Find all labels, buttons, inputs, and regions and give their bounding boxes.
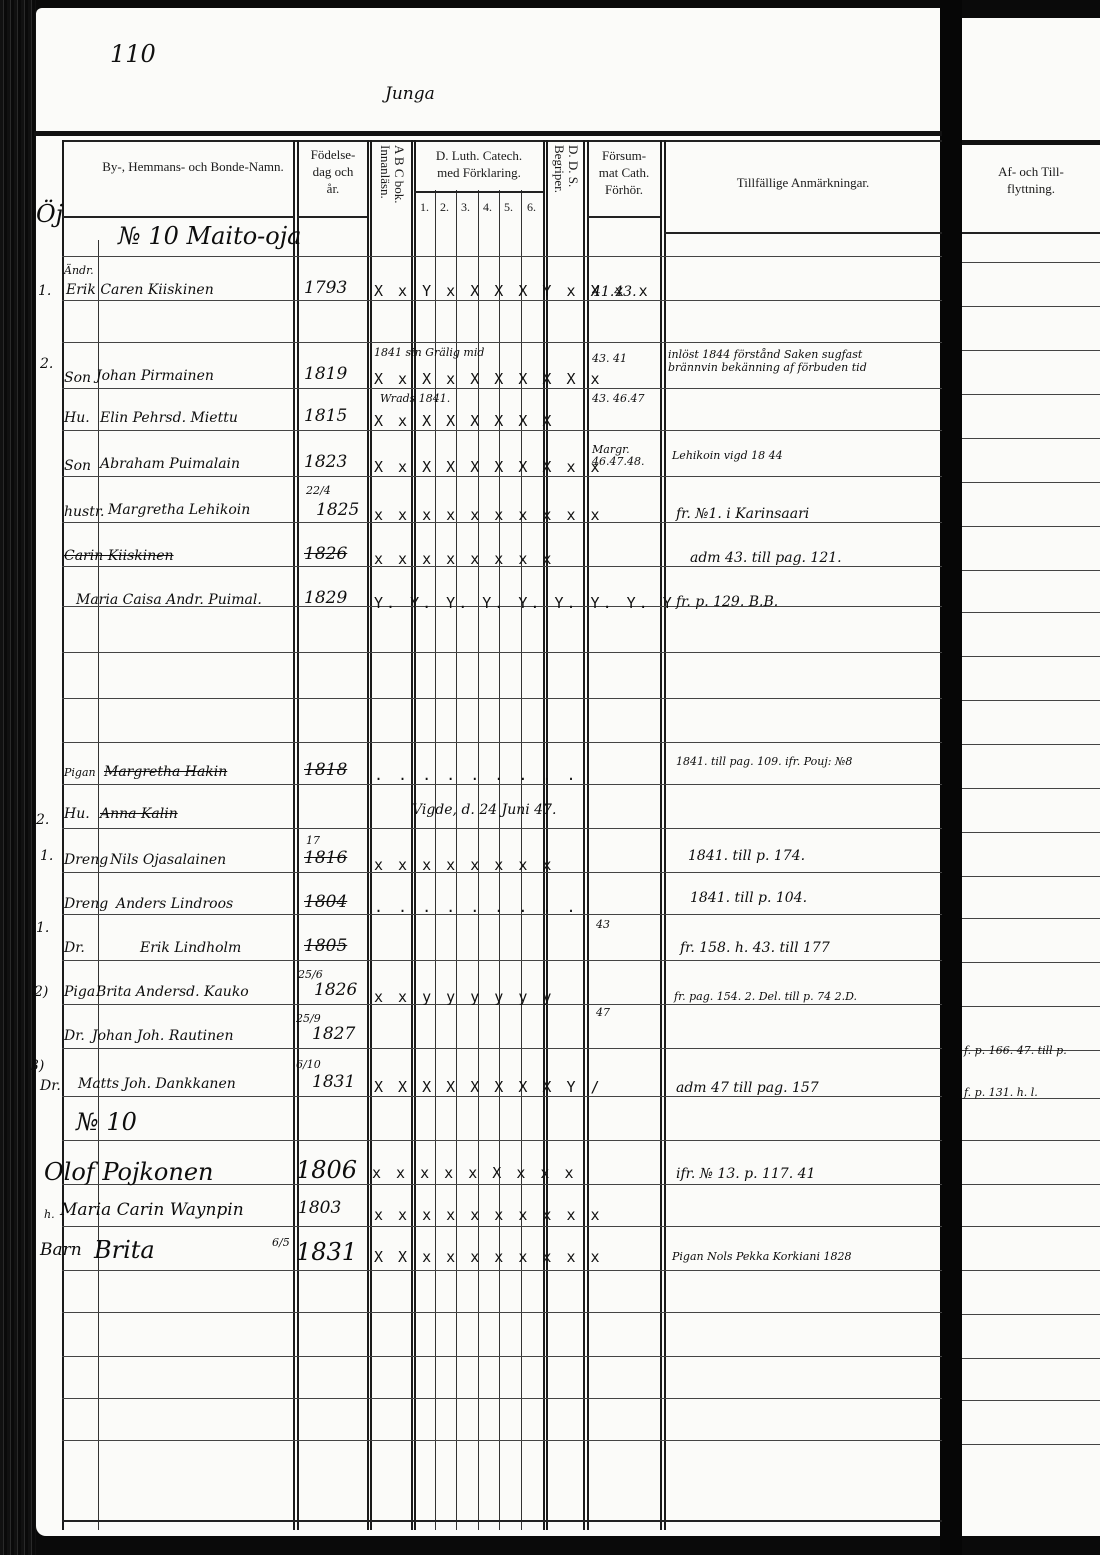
- household-heading: № 10 Maito-oja: [118, 222, 301, 250]
- entry-role: Pigan: [64, 766, 96, 779]
- entry-birth: 1816: [304, 848, 347, 868]
- entry-marks: X x X x X X X X X x: [374, 370, 603, 388]
- page-number: 110: [110, 40, 156, 68]
- row-rule: [62, 1140, 942, 1141]
- entry-role: Piga: [64, 984, 95, 1000]
- entry-marks: x x y y y y y y: [374, 988, 554, 1006]
- entry-name: Johan Pirmainen: [96, 368, 214, 384]
- header-rule-moving: [962, 232, 1100, 234]
- header-rule-remarks: [664, 232, 942, 234]
- row-rule: [62, 1226, 942, 1227]
- row-rule-right: [962, 1270, 1100, 1271]
- entry-birth-day: 6/10: [296, 1058, 321, 1071]
- entry-name: Anna Kalin: [100, 806, 178, 822]
- header-birth-col: Födelse- dag och år.: [298, 146, 368, 197]
- entry-birth-day: 6/5: [272, 1236, 290, 1249]
- header-birth-l2: dag och: [298, 163, 368, 180]
- entry-name: Erik Lindholm: [140, 940, 241, 956]
- entry-birth-day: 17: [306, 834, 320, 847]
- entry-name: Maria Caisa Andr. Puimal.: [76, 592, 262, 608]
- entry-remark: adm 43. till pag. 121.: [690, 550, 842, 566]
- row-rule: [62, 476, 942, 477]
- entry-role: Hu.: [64, 806, 90, 822]
- row-rule-right: [962, 1226, 1100, 1227]
- entry-birth: 1831: [296, 1238, 357, 1266]
- entry-birth: 1803: [298, 1198, 341, 1218]
- entry-remark: 1841. till p. 104.: [690, 890, 807, 906]
- entry-birth: 1827: [312, 1024, 355, 1044]
- entry-role: Son: [64, 370, 91, 386]
- entry-name: Olof Pojkonen: [44, 1158, 214, 1186]
- top-rule-right: [962, 140, 1100, 145]
- header-remarks-col: Tillfällige Anmärkningar.: [664, 174, 942, 191]
- entry-forsum: 41.43.: [592, 284, 637, 300]
- col-line-name-end-2: [297, 140, 299, 1530]
- entry-role: Barn: [40, 1240, 82, 1260]
- row-rule: [62, 256, 942, 257]
- row-rule: [62, 1270, 942, 1271]
- entry-number: 1.: [36, 920, 49, 936]
- entry-birth: 1815: [304, 406, 347, 426]
- row-rule-right: [962, 1184, 1100, 1185]
- entry-number: 2): [34, 984, 48, 1000]
- row-rule-right: [962, 350, 1100, 351]
- bottom-rule: [62, 1520, 942, 1522]
- entry-birth: 1806: [296, 1156, 357, 1184]
- entry-role: Dr.: [64, 1028, 85, 1044]
- row-rule: [62, 388, 942, 389]
- row-rule-right: [962, 482, 1100, 483]
- entry-number: 3): [30, 1058, 44, 1074]
- row-rule: [62, 828, 942, 829]
- col-line-birth-end-2: [370, 140, 372, 1530]
- row-rule-right: [962, 1314, 1100, 1315]
- row-rule: [62, 784, 942, 785]
- entry-birth: 1804: [304, 892, 347, 912]
- header-forsum-col: Försum- mat Cath. Förhör.: [588, 147, 660, 198]
- entry-marks: X x X X X X X X x x: [374, 458, 603, 476]
- entry-forsum: 43: [596, 918, 610, 931]
- row-rule: [62, 960, 942, 961]
- entry-role: Dr.: [64, 940, 85, 956]
- header-rule-cat: [414, 191, 543, 193]
- entry-role: Dr.: [40, 1078, 61, 1094]
- entry-marks: x x x x x x x x x x: [374, 1206, 603, 1224]
- row-rule-right: [962, 262, 1100, 263]
- row-rule-right: [962, 394, 1100, 395]
- entry-remark: Pigan Nols Pekka Korkiani 1828: [672, 1250, 851, 1263]
- header-rule-name: [62, 216, 294, 218]
- entry-name: Carin Kiiskinen: [64, 548, 174, 564]
- entry-marks: X x X X X X X X: [374, 412, 554, 430]
- header-rule-birth: [297, 216, 367, 218]
- entry-note: Vigde, d. 24 Juni 47.: [412, 802, 556, 818]
- entry-remark: Lehikoin vigd 18 44: [672, 444, 792, 468]
- entry-role: h.: [44, 1208, 55, 1221]
- entry-birth: 1831: [312, 1072, 355, 1092]
- entry-remark: fr. p. 129. B.B.: [676, 594, 778, 610]
- row-rule-right: [962, 700, 1100, 701]
- row-rule-right: [962, 1444, 1100, 1445]
- header-cat-sub-6: 6.: [527, 200, 536, 215]
- row-rule: [62, 1048, 942, 1049]
- entry-remark: ifr. № 13. p. 117. 41: [676, 1166, 815, 1182]
- row-rule-right: [962, 526, 1100, 527]
- entry-name: Johan Joh. Rautinen: [92, 1028, 233, 1044]
- entry-name: Brita: [94, 1236, 155, 1264]
- row-rule-right: [962, 1400, 1100, 1401]
- entry-forsum: 43. 41: [592, 352, 652, 365]
- entry-role: Dreng: [64, 852, 108, 868]
- header-dds-col: D. D. S. Begriper.: [552, 145, 580, 225]
- header-cat-col: D. Luth. Catech. med Förklaring.: [414, 147, 544, 181]
- row-rule-right: [962, 306, 1100, 307]
- row-rule: [62, 1398, 942, 1399]
- row-rule: [62, 1356, 942, 1357]
- entry-marks: x x x x x X x x x: [372, 1164, 577, 1182]
- header-cat-l1: D. Luth. Catech.: [414, 147, 544, 164]
- col-line-name-end: [293, 140, 295, 1530]
- entry-role: Ändr.: [64, 264, 94, 277]
- entry-birth: 1805: [304, 936, 347, 956]
- entry-forsum: 43. 46.47: [592, 392, 644, 405]
- entry-birth: 1818: [304, 760, 347, 780]
- row-rule: [62, 698, 942, 699]
- entry-forsum: Margr. 46.47.48.: [592, 444, 658, 468]
- row-rule: [62, 1096, 942, 1097]
- col-line-dds-end: [583, 140, 585, 1530]
- col-line-margin: [62, 140, 64, 1530]
- entry-birth: 1819: [304, 364, 347, 384]
- header-name-col: By-, Hemmans- och Bonde-Namn.: [98, 158, 288, 175]
- header-forsum-l1: Försum-: [588, 147, 660, 164]
- row-rule-right: [962, 1006, 1100, 1007]
- entry-birth-day: 22/4: [306, 484, 331, 497]
- entry-remark: 1841. till p. 174.: [688, 848, 805, 864]
- col-line-forsum-end-2: [664, 140, 666, 1530]
- entry-birth: 1829: [304, 588, 347, 608]
- header-forsum-l3: Förhör.: [588, 181, 660, 198]
- entry-number: 1.: [38, 283, 51, 299]
- header-moving-l2: flyttning.: [962, 180, 1100, 197]
- entry-marks: x x x x x x x x: [374, 856, 554, 874]
- entry-marks: x x x x x x x x x x: [374, 506, 603, 524]
- entry-name: Anders Lindroos: [116, 896, 233, 912]
- entry-name: Nils Ojasalainen: [110, 852, 226, 868]
- entry-remark: 1841. till pag. 109. ifr. Pouj: №8: [676, 752, 876, 772]
- row-rule: [62, 1440, 942, 1441]
- row-rule: [62, 300, 942, 301]
- header-forsum-l2: mat Cath.: [588, 164, 660, 181]
- margin-mark: Öj: [36, 200, 63, 228]
- entry-marks: x x x x x x x x: [374, 550, 554, 568]
- row-rule: [62, 430, 942, 431]
- header-cat-sub-3: 3.: [461, 200, 470, 215]
- col-line-cat-end-2: [546, 140, 548, 1530]
- entry-marks: Y. Y. Y. Y. Y. Y. Y. Y. Y: [374, 594, 675, 612]
- header-cat-sub-1: 1.: [420, 200, 429, 215]
- header-rule-forsum: [587, 216, 660, 218]
- row-rule-right: [962, 438, 1100, 439]
- row-rule: [62, 342, 942, 343]
- entry-number: 2.: [36, 812, 49, 828]
- row-rule-right: [962, 1140, 1100, 1141]
- entry-forsum: 47: [596, 1006, 610, 1019]
- header-cat-sub-4: 4.: [483, 200, 492, 215]
- entry-number: 1.: [40, 848, 53, 864]
- entry-remark: inlöst 1844 förstånd Saken sugfast bränn…: [668, 348, 898, 374]
- row-rule-right: [962, 788, 1100, 789]
- row-rule-right: [962, 1358, 1100, 1359]
- entry-name: Erik Caren Kiiskinen: [66, 282, 214, 298]
- entry-birth: 1825: [316, 500, 359, 520]
- header-cat-sub-2: 2.: [440, 200, 449, 215]
- col-line-birth-end: [367, 140, 369, 1530]
- entry-number: 2.: [40, 356, 53, 372]
- top-rule: [34, 131, 942, 136]
- col-line-role: [98, 240, 99, 1530]
- entry-marks: . . . . . . . . .: [374, 898, 579, 916]
- col-line-forsum-end: [660, 140, 662, 1530]
- row-rule-right: [962, 612, 1100, 613]
- entry-remark: fr. pag. 154. 2. Del. till p. 74 2.D.: [674, 990, 857, 1003]
- row-rule-right: [962, 744, 1100, 745]
- header-birth-l1: Födelse-: [298, 146, 368, 163]
- row-rule-right: [962, 570, 1100, 571]
- row-rule: [62, 652, 942, 653]
- row-rule: [62, 1312, 942, 1313]
- row-rule-right: [962, 832, 1100, 833]
- entry-name: Maria Carin Waynpin: [60, 1200, 244, 1220]
- header-birth-l3: år.: [298, 180, 368, 197]
- row-rule-right: [962, 962, 1100, 963]
- row-rule-right: [962, 876, 1100, 877]
- col-line-cat-end: [543, 140, 545, 1530]
- entry-role: Hu.: [64, 410, 90, 426]
- entry-name: Matts Joh. Dankkanen: [78, 1076, 236, 1092]
- header-cat-sub-5: 5.: [504, 200, 513, 215]
- col-line-dds-end-2: [587, 140, 589, 1530]
- register-page-right: [960, 18, 1100, 1536]
- entry-remark: fr. №1. i Karinsaari: [676, 506, 809, 522]
- header-abc-col: A B C bok. Innanläsn.: [378, 145, 406, 225]
- household-heading-2: № 10: [76, 1108, 137, 1136]
- parish-heading: Junga: [385, 84, 435, 104]
- entry-name: Margretha Lehikoin: [108, 502, 250, 518]
- header-moving-l1: Af- och Till-: [962, 163, 1100, 180]
- row-rule-right: [962, 656, 1100, 657]
- top-rule-inner: [62, 140, 942, 142]
- entry-marks: X X X X X X X X Y /: [374, 1078, 603, 1096]
- entry-remark: adm 47 till pag. 157: [676, 1080, 819, 1096]
- row-rule: [62, 742, 942, 743]
- entry-name: Elin Pehrsd. Miettu: [100, 410, 238, 426]
- book-binding: [0, 0, 36, 1555]
- header-moving-col: Af- och Till- flyttning.: [962, 163, 1100, 197]
- entry-birth: 1826: [304, 544, 347, 564]
- entry-role: Dreng: [64, 896, 108, 912]
- entry-name: Abraham Puimalain: [100, 456, 240, 472]
- entry-abc-note: Wrads 1841.: [380, 392, 450, 405]
- entry-moving: f. p. 166. 47. till p.: [964, 1044, 1067, 1057]
- entry-name: Margretha Hakin: [104, 764, 227, 780]
- entry-remark: fr. 158. h. 43. till 177: [680, 940, 830, 956]
- book-gutter: [940, 0, 962, 1555]
- entry-name: Brita Andersd. Kauko: [96, 984, 249, 1000]
- entry-role: hustr.: [64, 504, 104, 520]
- entry-marks: . . . . . . . . .: [374, 766, 579, 784]
- entry-abc-note: 1841 sin Grälig mid: [374, 346, 484, 359]
- entry-marks: X X x x x x x x x x: [374, 1248, 603, 1266]
- header-cat-l2: med Förklaring.: [414, 164, 544, 181]
- entry-moving: f. p. 131. h. l.: [964, 1086, 1038, 1099]
- entry-birth: 1826: [314, 980, 357, 1000]
- entry-role: Son: [64, 458, 91, 474]
- entry-birth: 1823: [304, 452, 347, 472]
- entry-birth: 1793: [304, 278, 347, 298]
- row-rule-right: [962, 918, 1100, 919]
